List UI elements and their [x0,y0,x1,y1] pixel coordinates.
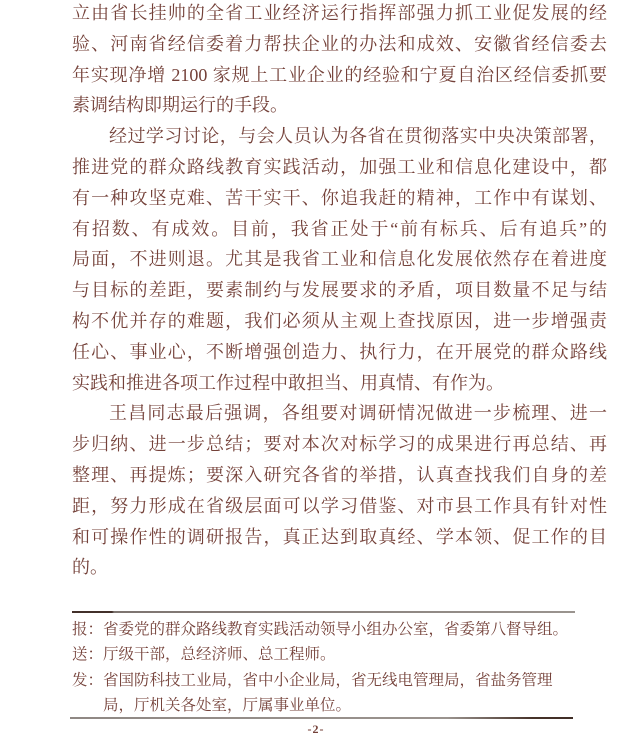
separator-line-bottom [70,717,573,719]
footer-row-fa: 发： 省国防科技工业局，省中小企业局，省无线电管理局，省盐务管理 [72,668,584,693]
text-line: 实践和推进各项工作过程中敢担当、用真情、有作为。 [72,368,607,399]
text-line: 年实现净增 2100 家规上工业企业的经验和宁夏自治区经信委抓要 [72,60,607,91]
footer-text: 局，厅机关各处室，厅属事业单位。 [103,697,351,714]
text-line: 步归纳、进一步总结；要对本次对标学习的成果进行再总结、再 [72,429,607,460]
footer-row-song: 送： 厅级干部，总经济师、总工程师。 [72,642,584,667]
text-line: 验、河南省经信委着力帮扶企业的办法和成效、安徽省经信委去 [72,29,607,60]
text-line: 和可操作性的调研报告，真正达到取真经、学本领、促工作的目 [72,522,607,553]
footer-label: 发： [72,668,103,693]
footer-row-bao: 报： 省委党的群众路线教育实践活动领导小组办公室，省委第八督导组。 [72,617,584,642]
footer-row-fa-continuation: 局，厅机关各处室，厅属事业单位。 [72,693,584,718]
text-line: 经过学习讨论，与会人员认为各省在贯彻落实中央决策部署， [72,121,607,152]
text-line: 王昌同志最后强调，各组要对调研情况做进一步梳理、进一 [72,398,607,429]
document-body: 立由省长挂帅的全省工业经济运行指挥部强力抓工业促发展的经 验、河南省经信委着力帮… [72,0,607,583]
text-line: 整理、再提炼；要深入研究各省的举措，认真查找我们自身的差 [72,460,607,491]
footer-label: 报： [72,617,103,642]
text-line: 立由省长挂帅的全省工业经济运行指挥部强力抓工业促发展的经 [72,0,607,29]
text-line: 距，努力形成在省级层面可以学习借鉴、对市县工作具有针对性 [72,491,607,522]
document-page: 立由省长挂帅的全省工业经济运行指挥部强力抓工业促发展的经 验、河南省经信委着力帮… [0,0,632,743]
text-line: 的。 [72,552,607,583]
footer-text: 厅级干部，总经济师、总工程师。 [103,646,336,663]
separator-line-top [72,611,575,613]
text-line: 构不优并存的难题，我们必须从主观上查找原因，进一步增强责 [72,306,607,337]
page-number: -2- [0,722,632,737]
footer-text: 省委党的群众路线教育实践活动领导小组办公室，省委第八督导组。 [103,621,568,638]
distribution-footer: 报： 省委党的群众路线教育实践活动领导小组办公室，省委第八督导组。 送： 厅级干… [72,617,584,718]
text-line: 有一种攻坚克难、苦干实干、你追我赶的精神，工作中有谋划、 [72,183,607,214]
text-line: 与目标的差距，要素制约与发展要求的矛盾，项目数量不足与结 [72,275,607,306]
footer-text: 省国防科技工业局，省中小企业局，省无线电管理局，省盐务管理 [103,672,553,689]
text-line: 推进党的群众路线教育实践活动，加强工业和信息化建设中，都 [72,152,607,183]
footer-label: 送： [72,642,103,667]
text-line: 任心、事业心，不断增强创造力、执行力，在开展党的群众路线 [72,337,607,368]
text-line: 局面，不进则退。尤其是我省工业和信息化发展依然存在着进度 [72,244,607,275]
text-line: 素调结构即期运行的手段。 [72,90,607,121]
text-line: 有招数、有成效。目前，我省正处于“前有标兵、后有追兵”的 [72,214,607,245]
